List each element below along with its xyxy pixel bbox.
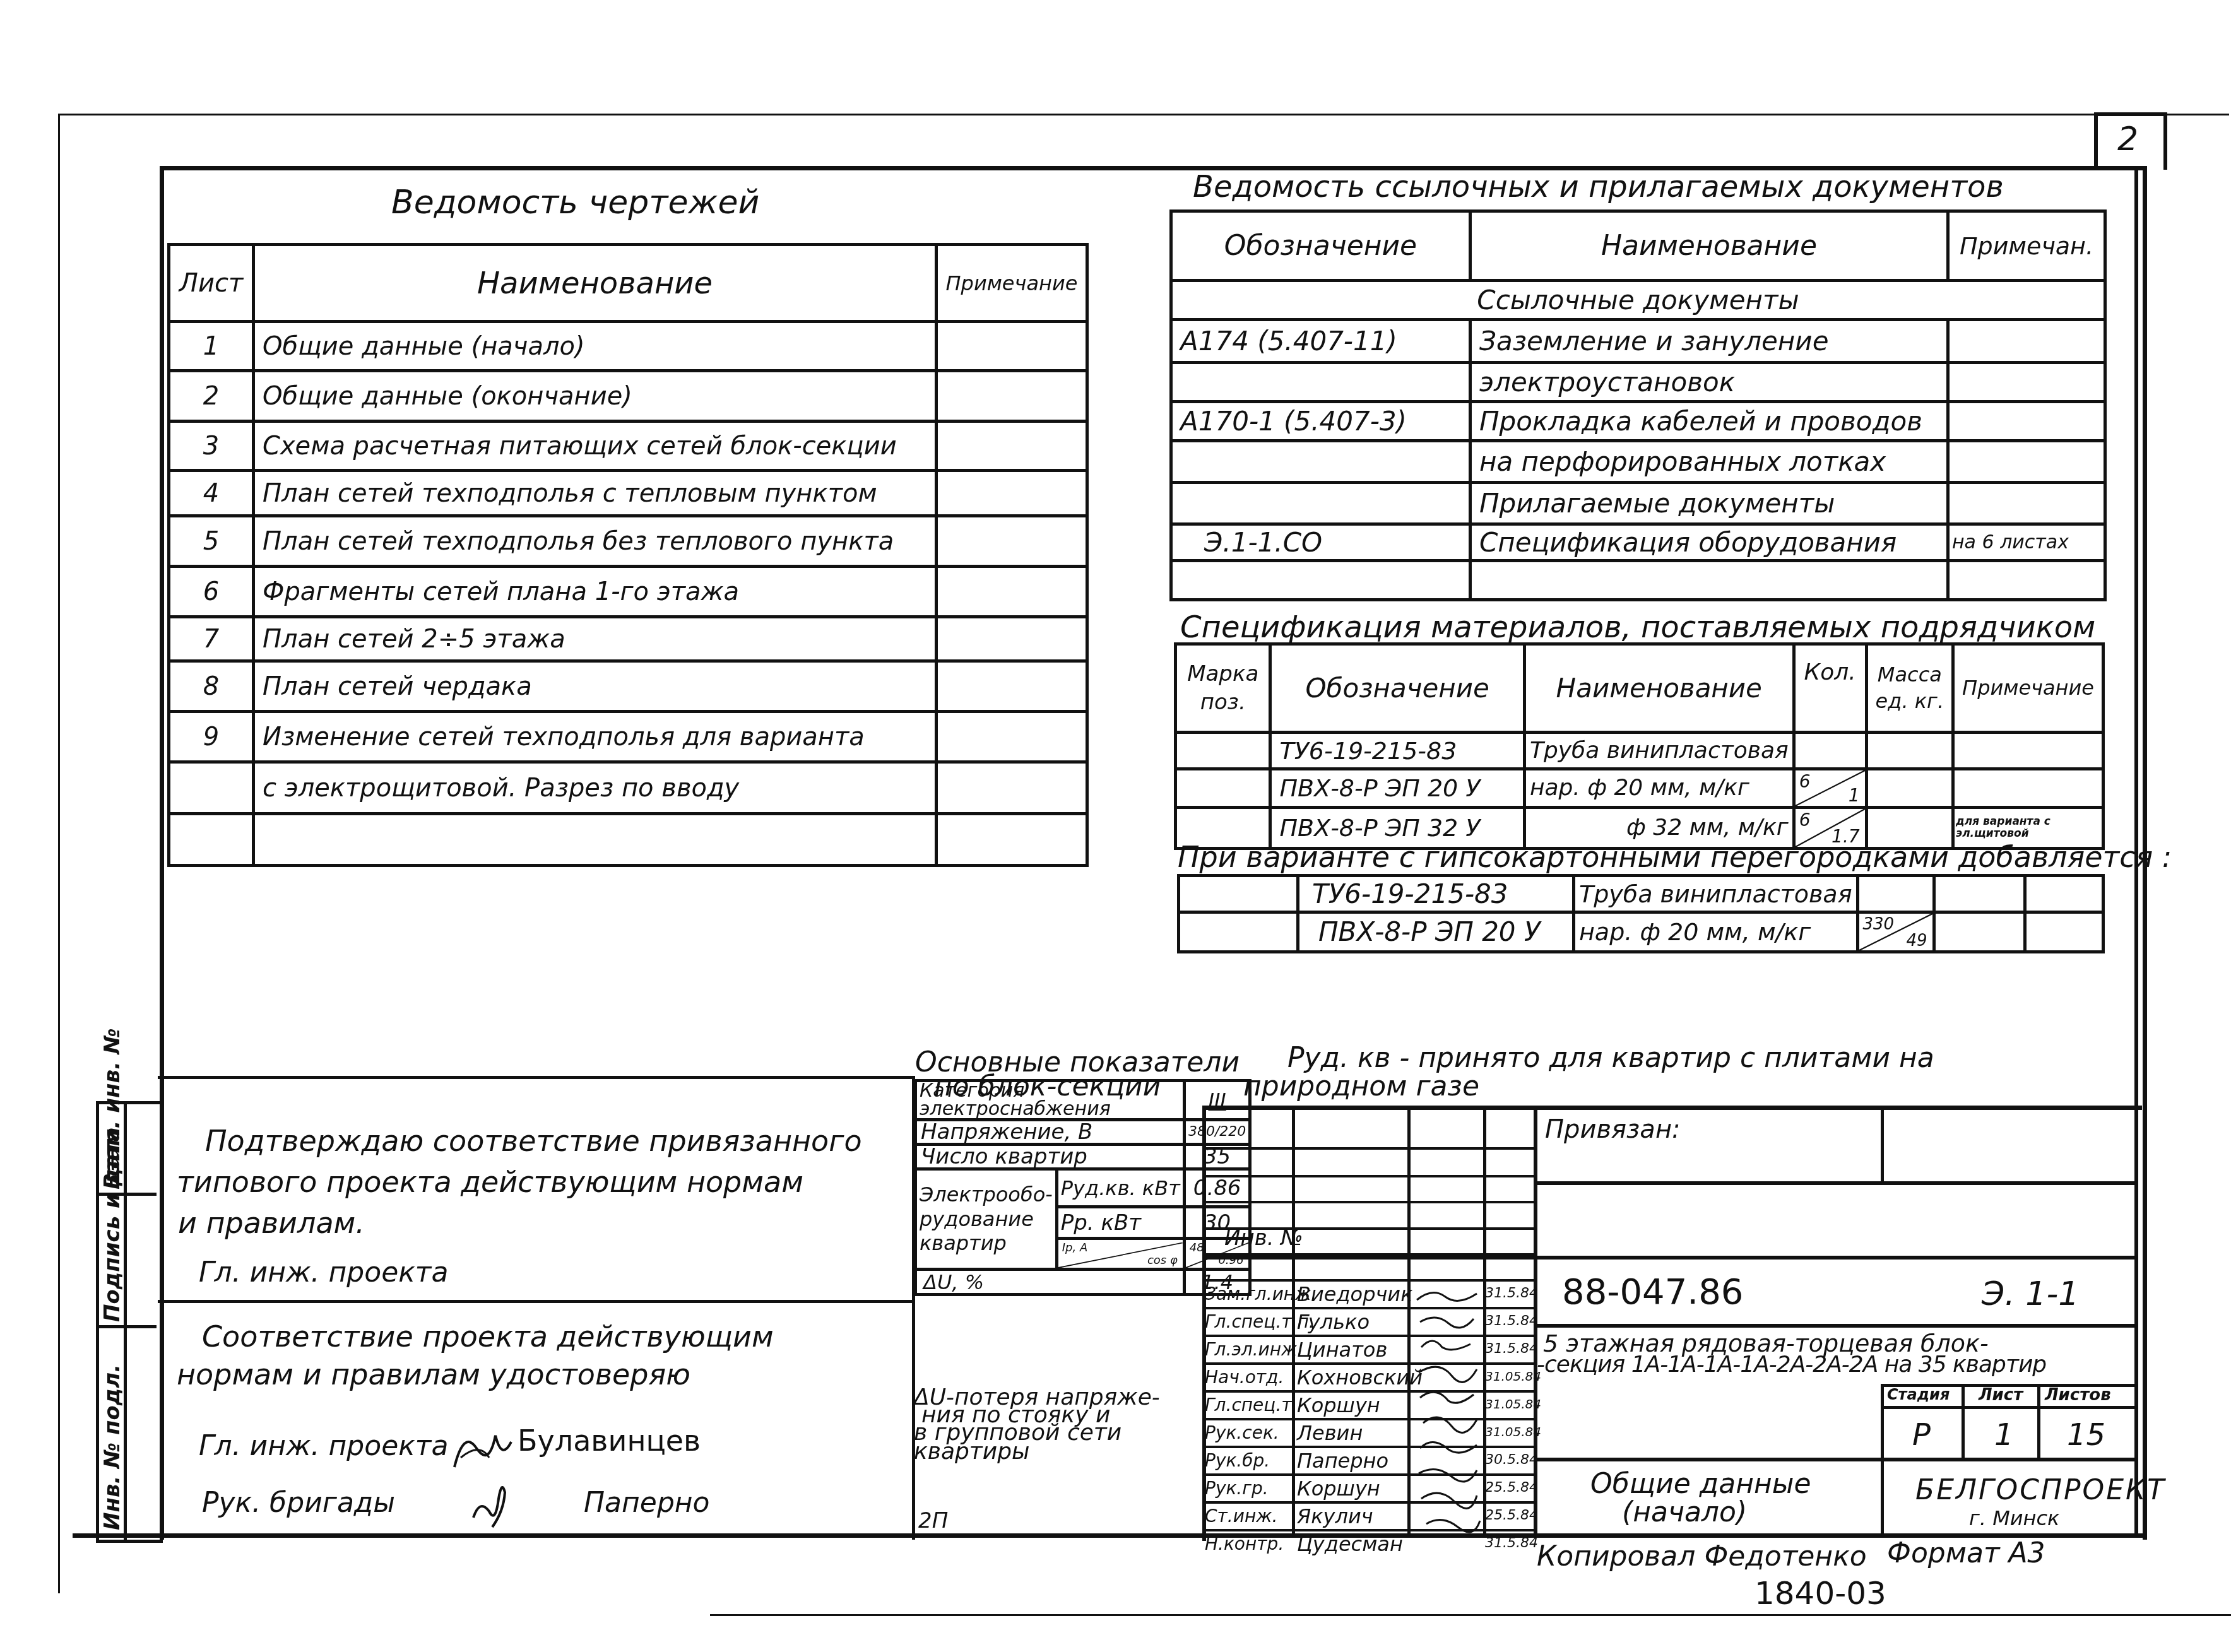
sheet-cell: 9: [169, 712, 254, 762]
code-cell: ТУ6-19-215-83: [1298, 876, 1574, 912]
sheet-cell: 2: [169, 371, 254, 422]
mark-cell: [1179, 912, 1298, 952]
col-header-name: Наименование: [254, 245, 937, 322]
code-cell: Э.1-1.СО: [1171, 524, 1471, 561]
signer-row: Рук.бр. Паперно 30.5.84: [1202, 1448, 1537, 1476]
signer-grid-hline: [1202, 1201, 1534, 1203]
table-row: 8План сетей чердака: [169, 661, 1087, 712]
group-label-line: квартир: [920, 1231, 1007, 1255]
note-cell: [1948, 363, 2105, 402]
sheet-cell: 5: [169, 516, 254, 567]
qty-bottom: 49: [1906, 933, 1927, 949]
code-cell: [1171, 363, 1471, 402]
table-row: 2Общие данные (окончание): [169, 371, 1087, 422]
label-bottom: cos φ: [1147, 1255, 1178, 1266]
paper-format: Формат А3: [1887, 1540, 2045, 1567]
note-cell: [1948, 320, 2105, 363]
tb-hline: [1534, 1324, 2138, 1328]
sheet-value: 1: [1994, 1420, 2014, 1450]
sheets-value: 15: [2067, 1420, 2105, 1450]
name-cell: электроустановок: [1471, 363, 1948, 402]
archive-number: 1840-03: [1755, 1578, 1886, 1609]
code-cell: [1171, 483, 1471, 524]
note-cell: на 6 листах: [1948, 524, 2105, 561]
sheet-cell: [169, 814, 254, 866]
note-cell: [937, 567, 1087, 617]
inventory-number-label: Инв. №: [1224, 1227, 1303, 1249]
group-label-line: рудование: [920, 1207, 1034, 1231]
col-header-name: Наименование: [1471, 211, 1948, 281]
indicator-fraction-label: Iр, Аcos φ: [1056, 1239, 1184, 1270]
table-row: ТУ6-19-215-83 Труба винипластовая: [1176, 733, 2104, 769]
side-stamp-signature-date: Подпись и дата: [100, 1127, 125, 1322]
table-row: Число квартир 35: [916, 1145, 1250, 1169]
table-row: [1171, 561, 2105, 600]
name-cell: Схема расчетная питающих сетей блок-секц…: [254, 422, 937, 471]
table-row: 4План сетей техподполья с тепловым пункт…: [169, 471, 1087, 516]
indicator-group-label: Электрообо- рудование квартир: [916, 1169, 1057, 1270]
signer-role: Н.контр.: [1205, 1535, 1284, 1553]
indicators-code: 2П: [918, 1510, 948, 1531]
note-cell: [937, 617, 1087, 661]
signer-date: 31.5.84: [1485, 1342, 1538, 1356]
compliance-text-line: нормам и правилам удостоверяю: [177, 1360, 690, 1389]
materials-addition-table: ТУ6-19-215-83 Труба винипластовая ПВХ-8-…: [1177, 874, 2105, 953]
col-header-code: Обозначение: [1270, 644, 1524, 733]
tb-hline: [1202, 1256, 2138, 1260]
qty-bottom: 1: [1849, 787, 1860, 805]
col-header-mark: Марка поз.: [1176, 644, 1270, 733]
indicator-label: Число квартир: [916, 1145, 1185, 1169]
table-row: 7План сетей 2÷5 этажа: [169, 617, 1087, 661]
rud-note: природном газе: [1243, 1073, 1479, 1100]
name-cell: нар. ф 20 мм, м/кг: [1524, 769, 1794, 808]
table-row: А170-1 (5.407-3)Прокладка кабелей и пров…: [1171, 402, 2105, 441]
signer-name: Левин: [1297, 1423, 1363, 1443]
certification-text-line: типового проекта действующим нормам: [177, 1167, 803, 1196]
indicator-label: Рр. кВт: [1056, 1207, 1184, 1239]
table-row: 6Фрагменты сетей плана 1-го этажа: [169, 567, 1087, 617]
signer-role: Нач.отд.: [1205, 1369, 1284, 1386]
compliance-text-line: Соответствие проекта действующим: [202, 1322, 774, 1351]
mark-cell: [1176, 733, 1270, 769]
drawing-mark: Э. 1-1: [1982, 1278, 2079, 1311]
name-cell: Спецификация оборудования: [1471, 524, 1948, 561]
group-label-line: Электрообо-: [920, 1183, 1053, 1207]
indicator-label: ΔU, %: [916, 1270, 1185, 1295]
mark-cell: [1179, 876, 1298, 912]
name-cell: [254, 814, 937, 866]
signer-role: Рук.сек.: [1205, 1424, 1279, 1442]
signer-row: Н.контр. Цудесман 31.5.84: [1202, 1531, 1537, 1557]
certification-role: Гл. инж. проекта: [199, 1259, 448, 1287]
sheet-cell: 1: [169, 322, 254, 371]
signer-row: Нач.отд. Кохновский 31.05.84: [1202, 1365, 1537, 1393]
signer-role: Ст.инж.: [1205, 1507, 1277, 1525]
signer-row: Гл.спец.т. Коршун 31.05.84: [1202, 1393, 1537, 1420]
section-attached-docs: Прилагаемые документы: [1471, 483, 1948, 524]
signer-role: Рук.бр.: [1205, 1452, 1270, 1470]
table-row: ПВХ-8-Р ЭП 20 У нар. ф 20 мм, м/кг 61: [1176, 769, 2104, 808]
code-cell: ПВХ-8-Р ЭП 20 У: [1298, 912, 1574, 952]
qty-top: 6: [1799, 811, 1811, 829]
table-row: на перфорированных лотках: [1171, 441, 2105, 483]
materials-spec-table: Марка поз. Обозначение Наименование Кол.…: [1174, 642, 2105, 850]
note-cell: [937, 371, 1087, 422]
indicator-label: Категория электроснабжения: [916, 1081, 1185, 1120]
note-cell: [937, 516, 1087, 567]
section-referenced-docs: Ссылочные документы: [1171, 281, 2105, 320]
sheet-edge-bottom: [710, 1614, 2231, 1616]
table-row: А174 (5.407-11)Заземление и зануление: [1171, 320, 2105, 363]
sheet-cell: 4: [169, 471, 254, 516]
sheet-title: Общие данные: [1590, 1470, 1811, 1498]
certification-text-line: Подтверждаю соответствие привязанного: [205, 1126, 862, 1155]
sheet-edge-top: [58, 114, 2229, 115]
indicators-footnote: квартиры: [914, 1443, 1030, 1462]
label-top: Iр, А: [1062, 1242, 1088, 1254]
note-cell: [1948, 483, 2105, 524]
name-cell: План сетей 2÷5 этажа: [254, 617, 937, 661]
organization-name: БЕЛГОСПРОЕКТ: [1915, 1477, 2166, 1504]
col-header-qty: Кол.: [1794, 644, 1866, 733]
note-cell: [2025, 876, 2104, 912]
organization-city: г. Минск: [1969, 1508, 2059, 1528]
qty-fraction-cell: 33049: [1857, 912, 1934, 952]
reference-docs-title: Ведомость ссылочных и прилагаемых докуме…: [1193, 172, 2004, 202]
compliance-name: Булавинцев: [518, 1426, 701, 1455]
project-code: 88-047.86: [1562, 1275, 1743, 1310]
note-cell: [937, 661, 1087, 712]
signer-date: 31.05.84: [1485, 1398, 1541, 1410]
tb-vline: [1881, 1106, 1884, 1183]
qty-top: 6: [1799, 773, 1811, 791]
qty-top: 330: [1863, 916, 1895, 933]
note-cell: [1948, 441, 2105, 483]
name-cell: Труба винипластовая: [1574, 876, 1858, 912]
certification-text-line: и правилам.: [178, 1208, 365, 1237]
drawings-list-title: Ведомость чертежей: [391, 186, 759, 219]
qty-cell: [1857, 876, 1934, 912]
table-row: Напряжение, В 380/220: [916, 1120, 1250, 1145]
brigade-role: Рук. бригады: [202, 1489, 395, 1517]
table-row: ΔU, % 1.4: [916, 1270, 1250, 1295]
col-header-sheet: Лист: [169, 245, 254, 322]
name-cell: на перфорированных лотках: [1471, 441, 1948, 483]
col-header-note: Примечание: [937, 245, 1087, 322]
signature-icon: [467, 1473, 511, 1530]
mass-cell: [1934, 912, 2025, 952]
tb-hline: [1881, 1406, 2138, 1409]
stage-header: Стадия: [1887, 1387, 1950, 1402]
table-row: ПВХ-8-Р ЭП 20 У нар. ф 20 мм, м/кг 33049: [1179, 912, 2104, 952]
stage-value: Р: [1912, 1420, 1931, 1450]
signer-date: 31.05.84: [1485, 1370, 1541, 1383]
code-cell: [1171, 441, 1471, 483]
tb-hline: [1534, 1181, 2138, 1185]
sheet-cell: 8: [169, 661, 254, 712]
note-cell: [1953, 769, 2104, 808]
note-cell: [937, 762, 1087, 814]
name-cell: Прокладка кабелей и проводов: [1471, 402, 1948, 441]
code-cell: ПВХ-8-Р ЭП 20 У: [1270, 769, 1524, 808]
signer-row: Гл.спец.т.п. Гулько 31.5.84: [1202, 1309, 1537, 1337]
signer-name: Кохновский: [1297, 1367, 1423, 1388]
name-cell: нар. ф 20 мм, м/кг: [1574, 912, 1858, 952]
signer-grid-hline: [1202, 1147, 1534, 1150]
signer-name: Якулич: [1297, 1506, 1373, 1526]
sheets-header: Листов: [2045, 1387, 2111, 1403]
side-stamp-original-inv: Инв. № подл.: [100, 1364, 125, 1530]
col-header-code: Обозначение: [1171, 211, 1471, 281]
sheet-cell: 3: [169, 422, 254, 471]
code-cell: ТУ6-19-215-83: [1270, 733, 1524, 769]
note-cell: [2025, 912, 2104, 952]
sheet-cell: 6: [169, 567, 254, 617]
indicator-label: Руд.кв. кВт: [1056, 1169, 1184, 1207]
note-cell: [937, 712, 1087, 762]
signature-icon: [1414, 1284, 1483, 1537]
table-row: 5План сетей техподполья без теплового пу…: [169, 516, 1087, 567]
col-header-note: Примечан.: [1948, 211, 2105, 281]
signer-row: Гл.эл.инж. Цинатов 31.5.84: [1202, 1337, 1537, 1365]
signer-row: Рук.сек. Левин 31.05.84: [1202, 1420, 1537, 1448]
name-cell: Общие данные (начало): [254, 322, 937, 371]
note-cell: [1953, 733, 2104, 769]
note-cell: [1948, 561, 2105, 600]
reference-docs-table: Обозначение Наименование Примечан. Ссыло…: [1169, 209, 2107, 601]
table-row: ТУ6-19-215-83 Труба винипластовая: [1179, 876, 2104, 912]
project-title: -секция 1А-1А-1А-1А-2А-2А-2А на 35 кварт…: [1537, 1354, 2046, 1376]
qty-fraction-cell: 61: [1794, 769, 1866, 808]
table-row: Категория электроснабжения III: [916, 1081, 1250, 1120]
signer-date: 25.5.84: [1485, 1481, 1538, 1495]
col-header-name: Наименование: [1524, 644, 1794, 733]
signer-date: 30.5.84: [1485, 1453, 1538, 1467]
table-row: с электрощитовой. Разрез по вводу: [169, 762, 1087, 814]
materials-addition-title: При варианте с гипсокартонными перегород…: [1178, 842, 2172, 871]
name-cell: [1471, 561, 1948, 600]
signer-date: 31.5.84: [1485, 1287, 1538, 1301]
sheet-title: (начало): [1622, 1499, 1747, 1526]
table-row: электроустановок: [1171, 363, 2105, 402]
col-header-mass: Масса ед. кг.: [1866, 644, 1953, 733]
table-row: 9Изменение сетей техподполья для вариант…: [169, 712, 1087, 762]
compliance-role: Гл. инж. проекта: [199, 1432, 448, 1460]
mass-cell: [1866, 733, 1953, 769]
sheet-number: 2: [2117, 123, 2138, 156]
name-cell: Заземление и зануление: [1471, 320, 1948, 363]
signer-name: Виедорчик: [1297, 1284, 1412, 1304]
code-cell: [1171, 561, 1471, 600]
materials-spec-title: Спецификация материалов, поставляемых по…: [1180, 612, 2095, 642]
bound-label: Привязан:: [1545, 1117, 1681, 1142]
sheet-cell: 7: [169, 617, 254, 661]
sheet-header: Лист: [1979, 1387, 2023, 1403]
note-cell: [937, 422, 1087, 471]
code-cell: А174 (5.407-11): [1171, 320, 1471, 363]
signer-date: 31.5.84: [1485, 1314, 1538, 1328]
table-row: [169, 814, 1087, 866]
side-stamp-divider: [96, 1325, 157, 1328]
table-row: Прилагаемые документы: [1171, 483, 2105, 524]
qty-cell: [1794, 733, 1866, 769]
signer-row: Рук.гр. Коршун 25.5.84: [1202, 1476, 1537, 1504]
table-row: Э.1-1.СОСпецификация оборудованияна 6 ли…: [1171, 524, 2105, 561]
mass-cell: [1934, 876, 2025, 912]
signer-name: Цудесман: [1297, 1534, 1403, 1554]
note-cell: [1948, 402, 2105, 441]
signer-role: Гл.спец.т.: [1205, 1396, 1298, 1414]
mark-cell: [1176, 769, 1270, 808]
name-cell: План сетей техподполья без теплового пун…: [254, 516, 937, 567]
table-row: 3Схема расчетная питающих сетей блок-сек…: [169, 422, 1087, 471]
side-stamp-col2: [124, 1101, 163, 1543]
signer-row: Зам.гл.инж. Виедорчик 31.5.84: [1202, 1282, 1537, 1309]
signer-name: Цинатов: [1297, 1340, 1387, 1360]
signer-role: Рук.гр.: [1205, 1480, 1269, 1497]
indicators-table: Категория электроснабжения III Напряжени…: [914, 1079, 1252, 1296]
col-header-note: Примечание: [1953, 644, 2104, 733]
note-cell: [937, 322, 1087, 371]
signers-list: Зам.гл.инж. Виедорчик 31.5.84 Гл.спец.т.…: [1202, 1282, 1537, 1557]
rud-note: Руд. кв - принято для квартир с плитами …: [1287, 1044, 1934, 1072]
signer-name: Гулько: [1297, 1312, 1370, 1332]
drawings-list-table: Лист Наименование Примечание 1Общие данн…: [167, 243, 1089, 867]
tb-hline: [1534, 1458, 2138, 1461]
sheet-cell: [169, 762, 254, 814]
name-cell: с электрощитовой. Разрез по вводу: [254, 762, 937, 814]
code-cell: А170-1 (5.407-3): [1171, 402, 1471, 441]
signer-date: 25.5.84: [1485, 1509, 1538, 1523]
name-cell: Общие данные (окончание): [254, 371, 937, 422]
certification-divider: [158, 1300, 912, 1303]
brigade-name: Паперно: [584, 1489, 710, 1517]
name-cell: План сетей чердака: [254, 661, 937, 712]
name-cell: Изменение сетей техподполья для варианта: [254, 712, 937, 762]
note-cell: [937, 814, 1087, 866]
signer-name: Коршун: [1297, 1395, 1380, 1415]
signer-grid-hline: [1202, 1175, 1534, 1177]
mass-cell: [1866, 769, 1953, 808]
name-cell: План сетей техподполья с тепловым пункто…: [254, 471, 937, 516]
name-cell: Труба винипластовая: [1524, 733, 1794, 769]
table-row: 1Общие данные (начало): [169, 322, 1087, 371]
copied-by: Копировал Федотенко: [1537, 1543, 1867, 1571]
sheet-edge-left: [58, 114, 60, 1593]
signer-name: Коршун: [1297, 1478, 1380, 1499]
indicator-label: Напряжение, В: [916, 1120, 1185, 1145]
signer-date: 31.05.84: [1485, 1425, 1541, 1438]
note-cell: [937, 471, 1087, 516]
signature-icon: [451, 1423, 514, 1473]
signer-role: Гл.эл.инж.: [1205, 1341, 1303, 1359]
signer-row: Ст.инж. Якулич 25.5.84: [1202, 1504, 1537, 1531]
tb-vline: [1962, 1384, 1965, 1460]
signer-date: 31.5.84: [1485, 1537, 1538, 1550]
signer-name: Паперно: [1297, 1451, 1388, 1471]
name-cell: Фрагменты сетей плана 1-го этажа: [254, 567, 937, 617]
tb-vline: [2037, 1384, 2040, 1460]
